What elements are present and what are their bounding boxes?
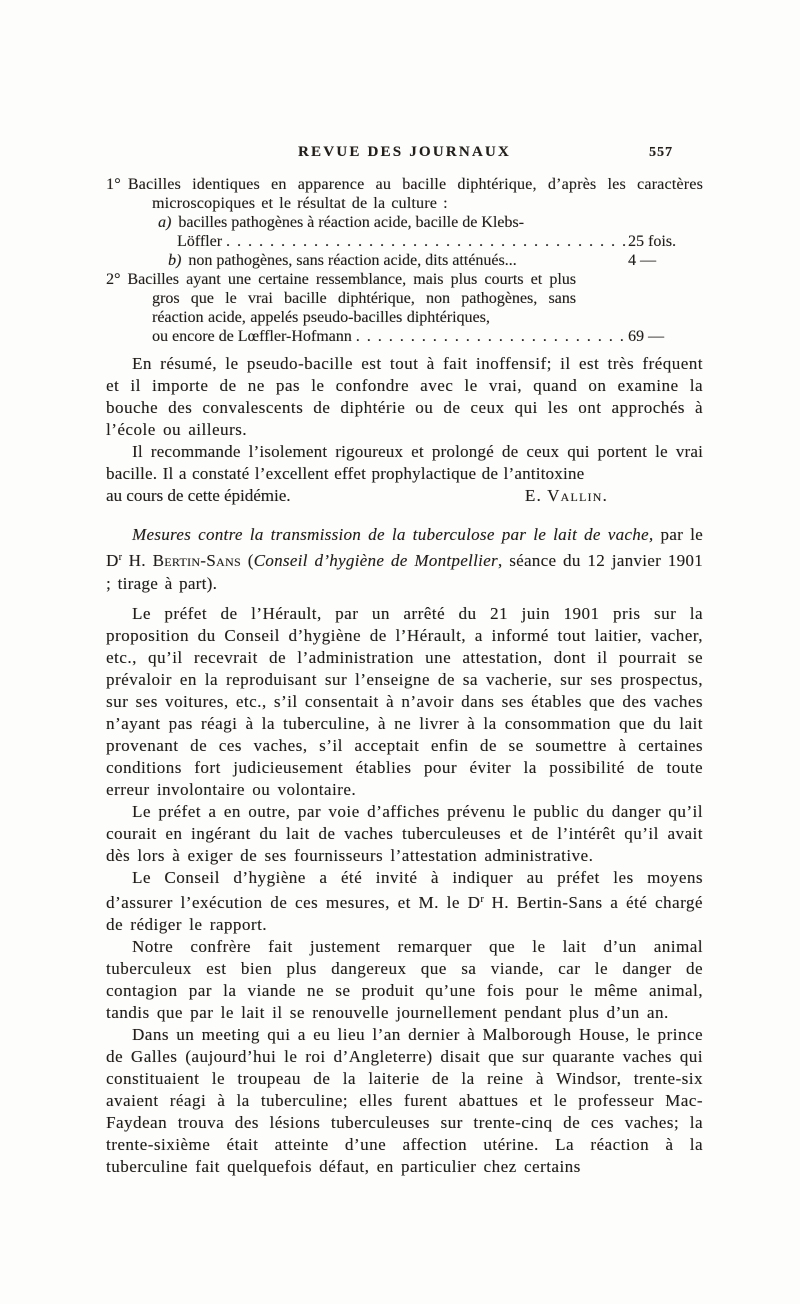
article-title: Mesures contre la transmission de la tub… — [132, 525, 653, 544]
paragraph-prefect-decree: Le préfet de l’Hérault, par un arrêté du… — [106, 603, 703, 801]
list-item-1: 1°Bacilles identiques en apparence au ba… — [152, 175, 703, 213]
count-value: 25 fois. — [628, 232, 703, 251]
item-2-leader-line: ou encore de Lœffler-Hofmann............… — [152, 327, 703, 346]
item-1-text: Bacilles identiques en apparence au baci… — [128, 176, 703, 212]
running-title: REVUE DES JOURNAUX — [106, 144, 703, 161]
leader-dots: ........................................… — [352, 327, 628, 346]
sub-item-a-marker: a) — [158, 214, 171, 231]
page-header: REVUE DES JOURNAUX 557 — [106, 144, 703, 162]
text-block: REVUE DES JOURNAUX 557 1°Bacilles identi… — [106, 144, 703, 1178]
paragraph-summary: En résumé, le pseudo-bacille est tout à … — [106, 353, 703, 441]
tuberculosis-article: Mesures contre la transmission de la tub… — [106, 523, 703, 1178]
sub-item-a-leader-line: Löffler.................................… — [177, 232, 703, 251]
count-value: 4 — — [628, 251, 703, 270]
paragraph-malborough-meeting: Dans un meeting qui a eu lieu l’an derni… — [106, 1024, 703, 1178]
article-title-byline: Mesures contre la transmission de la tub… — [106, 523, 703, 595]
sub-item-a-carry-word: Löffler — [177, 232, 222, 251]
leader-dots: ........................................… — [222, 232, 628, 251]
paragraph-public-notice: Le préfet a en outre, par voie d’affiche… — [106, 801, 703, 867]
sub-item-b-marker: b) — [168, 252, 181, 269]
source-journal: Conseil d’hygiène de Montpellier — [254, 551, 498, 570]
item-2-marker: 2° — [106, 271, 120, 288]
author-signature: E. Vallin. — [525, 485, 608, 507]
author-name-smallcaps: Bertin-Sans — [153, 551, 241, 570]
closing-words: au cours de cette épidémie. — [106, 485, 291, 507]
sub-item-a-text: bacilles pathogènes à réaction acide, ba… — [178, 214, 524, 231]
page-number: 557 — [649, 145, 673, 161]
sub-item-b-line: b)non pathogènes, sans réaction acide, d… — [168, 251, 703, 270]
item-1-marker: 1° — [106, 176, 121, 193]
item-2-carry-text: ou encore de Lœffler-Hofmann — [152, 327, 352, 346]
scanned-journal-page: REVUE DES JOURNAUX 557 1°Bacilles identi… — [0, 0, 800, 1304]
paragraph-milk-vs-meat: Notre confrère fait justement remarquer … — [106, 936, 703, 1024]
byline-mid: H. — [122, 551, 153, 570]
diphtheria-bacilli-tabulation: 1°Bacilles identiques en apparence au ba… — [106, 175, 703, 346]
byline-paren: ( — [241, 551, 254, 570]
count-value: 69 — — [628, 327, 703, 346]
diphtheria-summary: En résumé, le pseudo-bacille est tout à … — [106, 353, 703, 507]
sub-item-b-text-wrap: b)non pathogènes, sans réaction acide, d… — [168, 251, 517, 270]
sub-item-a: a)bacilles pathogènes à réaction acide, … — [158, 213, 703, 232]
paragraph-council-report: Le Conseil d’hygiène a été invité à indi… — [106, 867, 703, 936]
signature-line: au cours de cette épidémie.E. Vallin. — [106, 485, 703, 507]
sub-item-b-text: non pathogènes, sans réaction acide, dit… — [188, 252, 516, 269]
paragraph-recommendation: Il recommande l’isolement rigoureux et p… — [106, 441, 703, 485]
item-2-text: Bacilles ayant une certaine ressemblance… — [127, 271, 576, 326]
list-item-2: 2°Bacilles ayant une certaine ressemblan… — [152, 270, 576, 327]
